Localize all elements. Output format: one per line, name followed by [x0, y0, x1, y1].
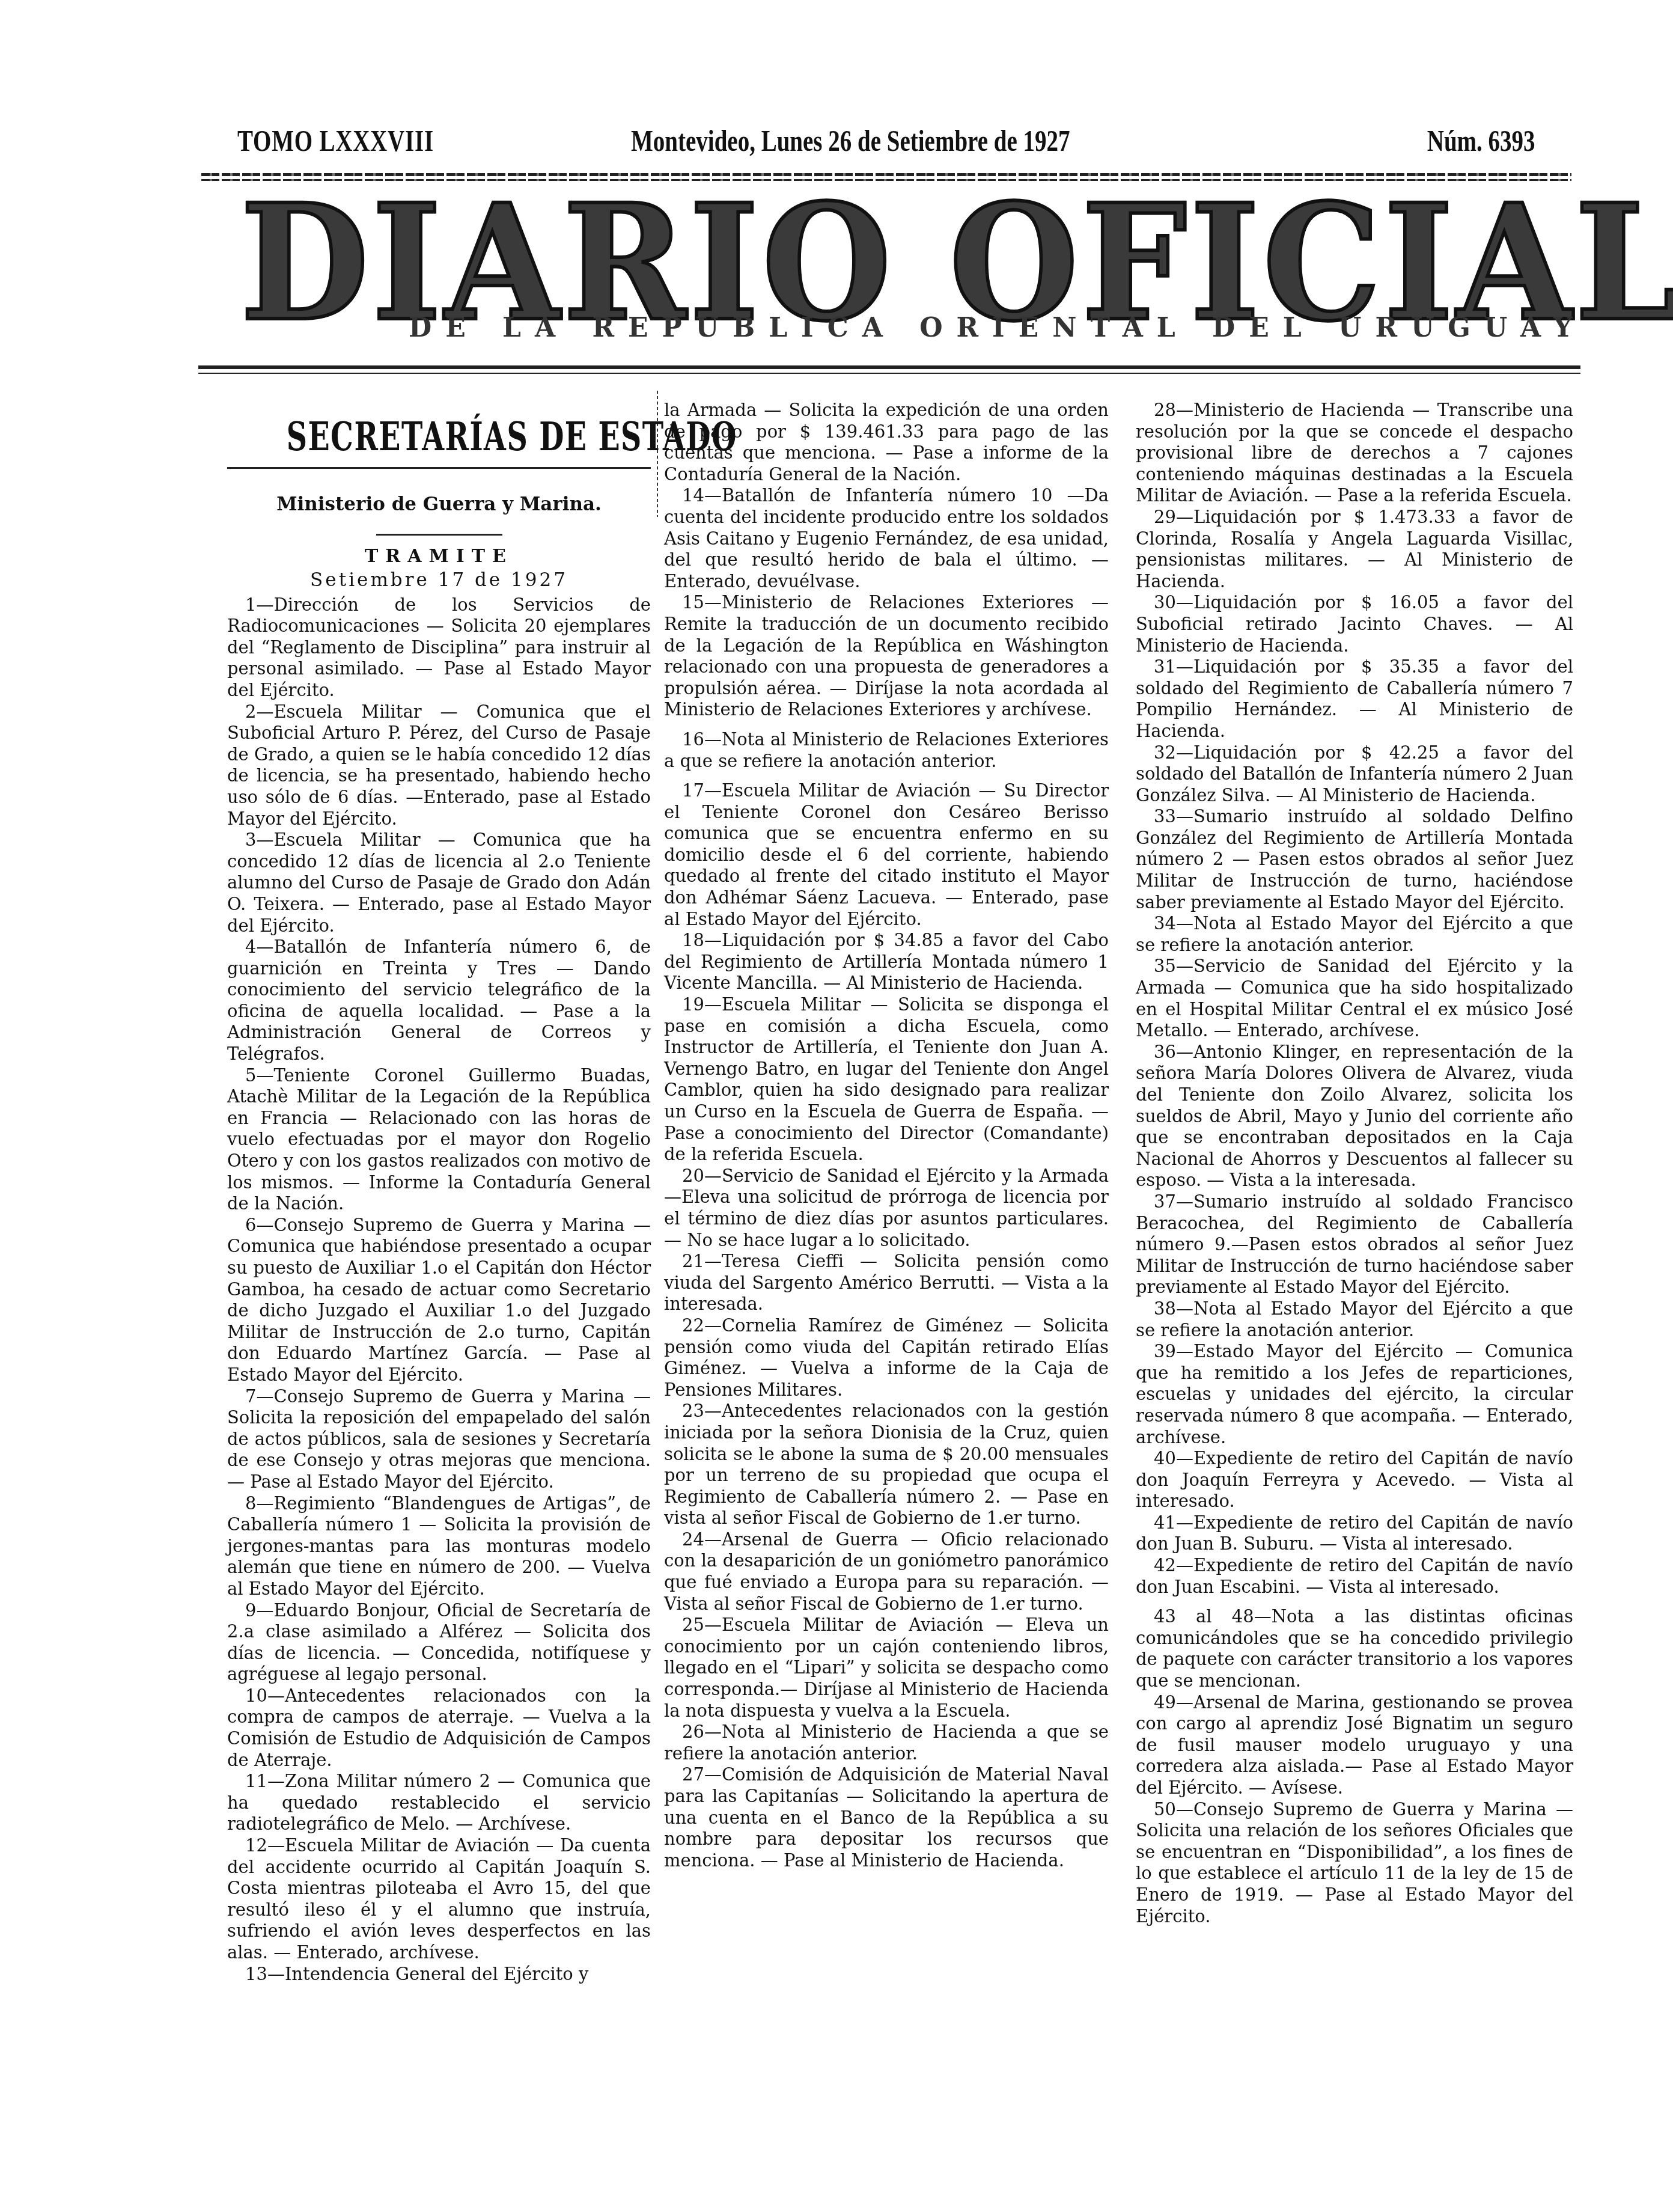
entry-paragraph: 6—Consejo Supremo de Guerra y Marina — C…: [227, 1215, 651, 1386]
entry-paragraph: la Armada — Solicita la expedición de un…: [664, 400, 1109, 485]
column-1: SECRETARÍAS DE ESTADO Ministerio de Guer…: [227, 400, 651, 1985]
entry-paragraph: 28—Ministerio de Hacienda — Transcribe u…: [1136, 400, 1573, 507]
entry-paragraph: 3—Escuela Militar — Comunica que ha conc…: [227, 829, 651, 936]
entry-paragraph: 7—Consejo Supremo de Guerra y Marina — S…: [227, 1386, 651, 1493]
entry-paragraph: 20—Servicio de Sanidad el Ejército y la …: [664, 1166, 1109, 1251]
entry-paragraph: 5—Teniente Coronel Guillermo Buadas, Ata…: [227, 1065, 651, 1215]
tramite-label: TRAMITE: [227, 545, 651, 568]
entries-column-3: 28—Ministerio de Hacienda — Transcribe u…: [1136, 400, 1573, 1927]
entry-paragraph: 18—Liquidación por $ 34.85 a favor del C…: [664, 930, 1109, 994]
short-rule: [376, 534, 502, 536]
entry-paragraph: 38—Nota al Estado Mayor del Ejército a q…: [1136, 1298, 1573, 1341]
entry-paragraph: 22—Cornelia Ramírez de Giménez — Solicit…: [664, 1315, 1109, 1401]
entry-paragraph: 12—Escuela Militar de Aviación — Da cuen…: [227, 1835, 651, 1964]
entry-paragraph: 9—Eduardo Bonjour, Oficial de Secretaría…: [227, 1600, 651, 1685]
entry-paragraph: 21—Teresa Cieffi — Solicita pensión como…: [664, 1251, 1109, 1315]
ministry-heading: Ministerio de Guerra y Marina.: [227, 494, 651, 516]
entry-paragraph: 29—Liquidación por $ 1.473.33 a favor de…: [1136, 507, 1573, 592]
entry-paragraph: 30—Liquidación por $ 16.05 a favor del S…: [1136, 592, 1573, 656]
entry-paragraph: 15—Ministerio de Relaciones Exteriores —…: [664, 592, 1109, 721]
masthead-bottom-rule-thin: [198, 373, 1580, 374]
entry-paragraph: 23—Antecedentes relacionados con la gest…: [664, 1401, 1109, 1529]
volume-label: TOMO LXXXVIII: [237, 123, 434, 158]
section-heading: SECRETARÍAS DE ESTADO: [287, 417, 592, 456]
entry-paragraph: 17—Escuela Militar de Aviación — Su Dire…: [664, 780, 1109, 930]
entry-paragraph: 4—Batallón de Infantería número 6, de gu…: [227, 936, 651, 1065]
entry-paragraph: 24—Arsenal de Guerra — Oficio relacionad…: [664, 1529, 1109, 1615]
entry-paragraph: 35—Servicio de Sanidad del Ejército y la…: [1136, 956, 1573, 1041]
entry-paragraph: 19—Escuela Militar — Solicita se dispong…: [664, 994, 1109, 1166]
entry-paragraph: 2—Escuela Militar — Comunica que el Subo…: [227, 701, 651, 830]
entry-paragraph: 16—Nota al Ministerio de Relaciones Exte…: [664, 729, 1109, 772]
paragraph-gap: [664, 772, 1109, 780]
entry-paragraph: 37—Sumario instruído al soldado Francisc…: [1136, 1191, 1573, 1298]
entry-paragraph: 10—Antecedentes relacionados con la comp…: [227, 1685, 651, 1771]
entry-paragraph: 36—Antonio Klinger, en representación de…: [1136, 1042, 1573, 1191]
entry-paragraph: 34—Nota al Estado Mayor del Ejército a q…: [1136, 913, 1573, 956]
dateline: Montevideo, Lunes 26 de Setiembre de 192…: [631, 123, 1070, 158]
entry-paragraph: 11—Zona Militar número 2 — Comunica que …: [227, 1771, 651, 1835]
entry-paragraph: 31—Liquidación por $ 35.35 a favor del s…: [1136, 656, 1573, 742]
entry-paragraph: 13—Intendencia General del Ejército y: [227, 1964, 651, 1985]
column-2: la Armada — Solicita la expedición de un…: [664, 400, 1109, 1871]
tramite-date: Setiembre 17 de 1927: [227, 568, 651, 592]
entry-paragraph: 41—Expediente de retiro del Capitán de n…: [1136, 1512, 1573, 1555]
entry-paragraph: 43 al 48—Nota a las distintas oficinas c…: [1136, 1606, 1573, 1691]
entry-paragraph: 50—Consejo Supremo de Guerra y Marina — …: [1136, 1799, 1573, 1928]
column-3: 28—Ministerio de Hacienda — Transcribe u…: [1136, 400, 1573, 1927]
entry-paragraph: 1—Dirección de los Servicios de Radiocom…: [227, 594, 651, 701]
entry-paragraph: 25—Escuela Militar de Aviación — Eleva u…: [664, 1615, 1109, 1722]
entry-paragraph: 26—Nota al Ministerio de Hacienda a que …: [664, 1722, 1109, 1764]
masthead-top-line: TOMO LXXXVIII Montevideo, Lunes 26 de Se…: [237, 123, 1535, 165]
newspaper-subtitle: DE LA REPUBLICA ORIENTAL DEL URUGUAY: [409, 313, 1586, 343]
entry-paragraph: 49—Arsenal de Marina, gestionando se pro…: [1136, 1692, 1573, 1799]
paragraph-gap: [1136, 1598, 1573, 1606]
entry-paragraph: 27—Comisión de Adquisición de Material N…: [664, 1764, 1109, 1871]
entry-paragraph: 40—Expediente de retiro del Capitán de n…: [1136, 1448, 1573, 1512]
entry-paragraph: 8—Regimiento “Blandengues de Artigas”, d…: [227, 1493, 651, 1600]
entry-paragraph: 39—Estado Mayor del Ejército — Comunica …: [1136, 1341, 1573, 1448]
section-rule: [227, 467, 651, 469]
entry-paragraph: 32—Liquidación por $ 42.25 a favor del s…: [1136, 742, 1573, 807]
masthead-bottom-rule: [198, 365, 1580, 369]
entries-column-2: la Armada — Solicita la expedición de un…: [664, 400, 1109, 1871]
entries-column-1: 1—Dirección de los Servicios de Radiocom…: [227, 594, 651, 1985]
issue-number: Núm. 6393: [1427, 123, 1535, 158]
entry-paragraph: 14—Batallón de Infantería número 10 —Da …: [664, 485, 1109, 592]
entry-paragraph: 42—Expediente de retiro del Capitán de n…: [1136, 1555, 1573, 1598]
entry-paragraph: 33—Sumario instruído al soldado Delfino …: [1136, 806, 1573, 913]
paragraph-gap: [664, 721, 1109, 729]
